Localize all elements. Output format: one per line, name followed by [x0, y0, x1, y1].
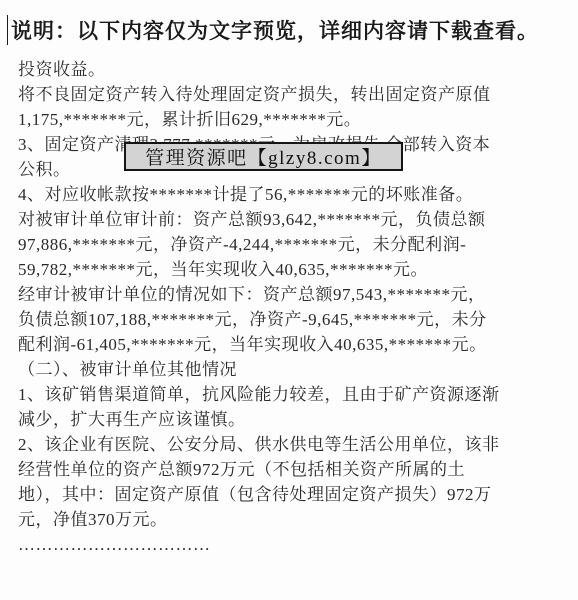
text-line: 97,886,*******元，净资产-4,244,*******元，未分配利润…	[18, 232, 570, 257]
preview-notice-header: 说明：以下内容仅为文字预览，详细内容请下载查看。	[7, 15, 539, 45]
site-watermark: 管理资源吧【glzy8.com】	[124, 142, 403, 171]
text-cursor	[7, 15, 8, 45]
text-line: 经审计被审计单位的情况如下：资产总额97,543,*******元，	[18, 282, 570, 307]
text-line: ……………………………	[18, 532, 570, 557]
text-line: 经营性单位的资产总额972万元（不包括相关资产所属的土	[18, 457, 570, 482]
text-line: 4、对应收帐款按*******计提了56,*******元的坏账准备。	[18, 182, 570, 207]
document-body: 投资收益。 将不良固定资产转入待处理固定资产损失，转出固定资产原值 1,175,…	[18, 57, 570, 557]
text-line: 配利润-61,405,*******元，当年实现收入40,635,*******…	[18, 332, 570, 357]
text-line: 投资收益。	[18, 57, 570, 82]
text-line: 将不良固定资产转入待处理固定资产损失，转出固定资产原值	[18, 82, 570, 107]
text-line: 1,175,*******元，累计折旧629,*******元。	[18, 107, 570, 132]
text-line: 1、该矿销售渠道简单，抗风险能力较差，且由于矿产资源逐渐	[18, 382, 570, 407]
text-line: 地），其中：固定资产原值（包含待处理固定资产损失）972万	[18, 482, 570, 507]
document-preview-page: 说明：以下内容仅为文字预览，详细内容请下载查看。 投资收益。 将不良固定资产转入…	[0, 0, 578, 600]
text-line: 59,782,*******元，当年实现收入40,635,*******元。	[18, 257, 570, 282]
text-line: 2、该企业有医院、公安分局、供水供电等生活公用单位，该非	[18, 432, 570, 457]
site-watermark-label: 管理资源吧【glzy8.com】	[145, 143, 382, 170]
text-line: 负债总额107,188,*******元，净资产-9,645,*******元，…	[18, 307, 570, 332]
text-line: 元，净值370万元。	[18, 507, 570, 532]
text-line: 对被审计单位审计前：资产总额93,642,*******元，负债总额	[18, 207, 570, 232]
preview-notice-text: 说明：以下内容仅为文字预览，详细内容请下载查看。	[11, 15, 539, 45]
text-line: 减少，扩大再生产应该谨慎。	[18, 407, 570, 432]
text-line: （二）、被审计单位其他情况	[18, 357, 570, 382]
